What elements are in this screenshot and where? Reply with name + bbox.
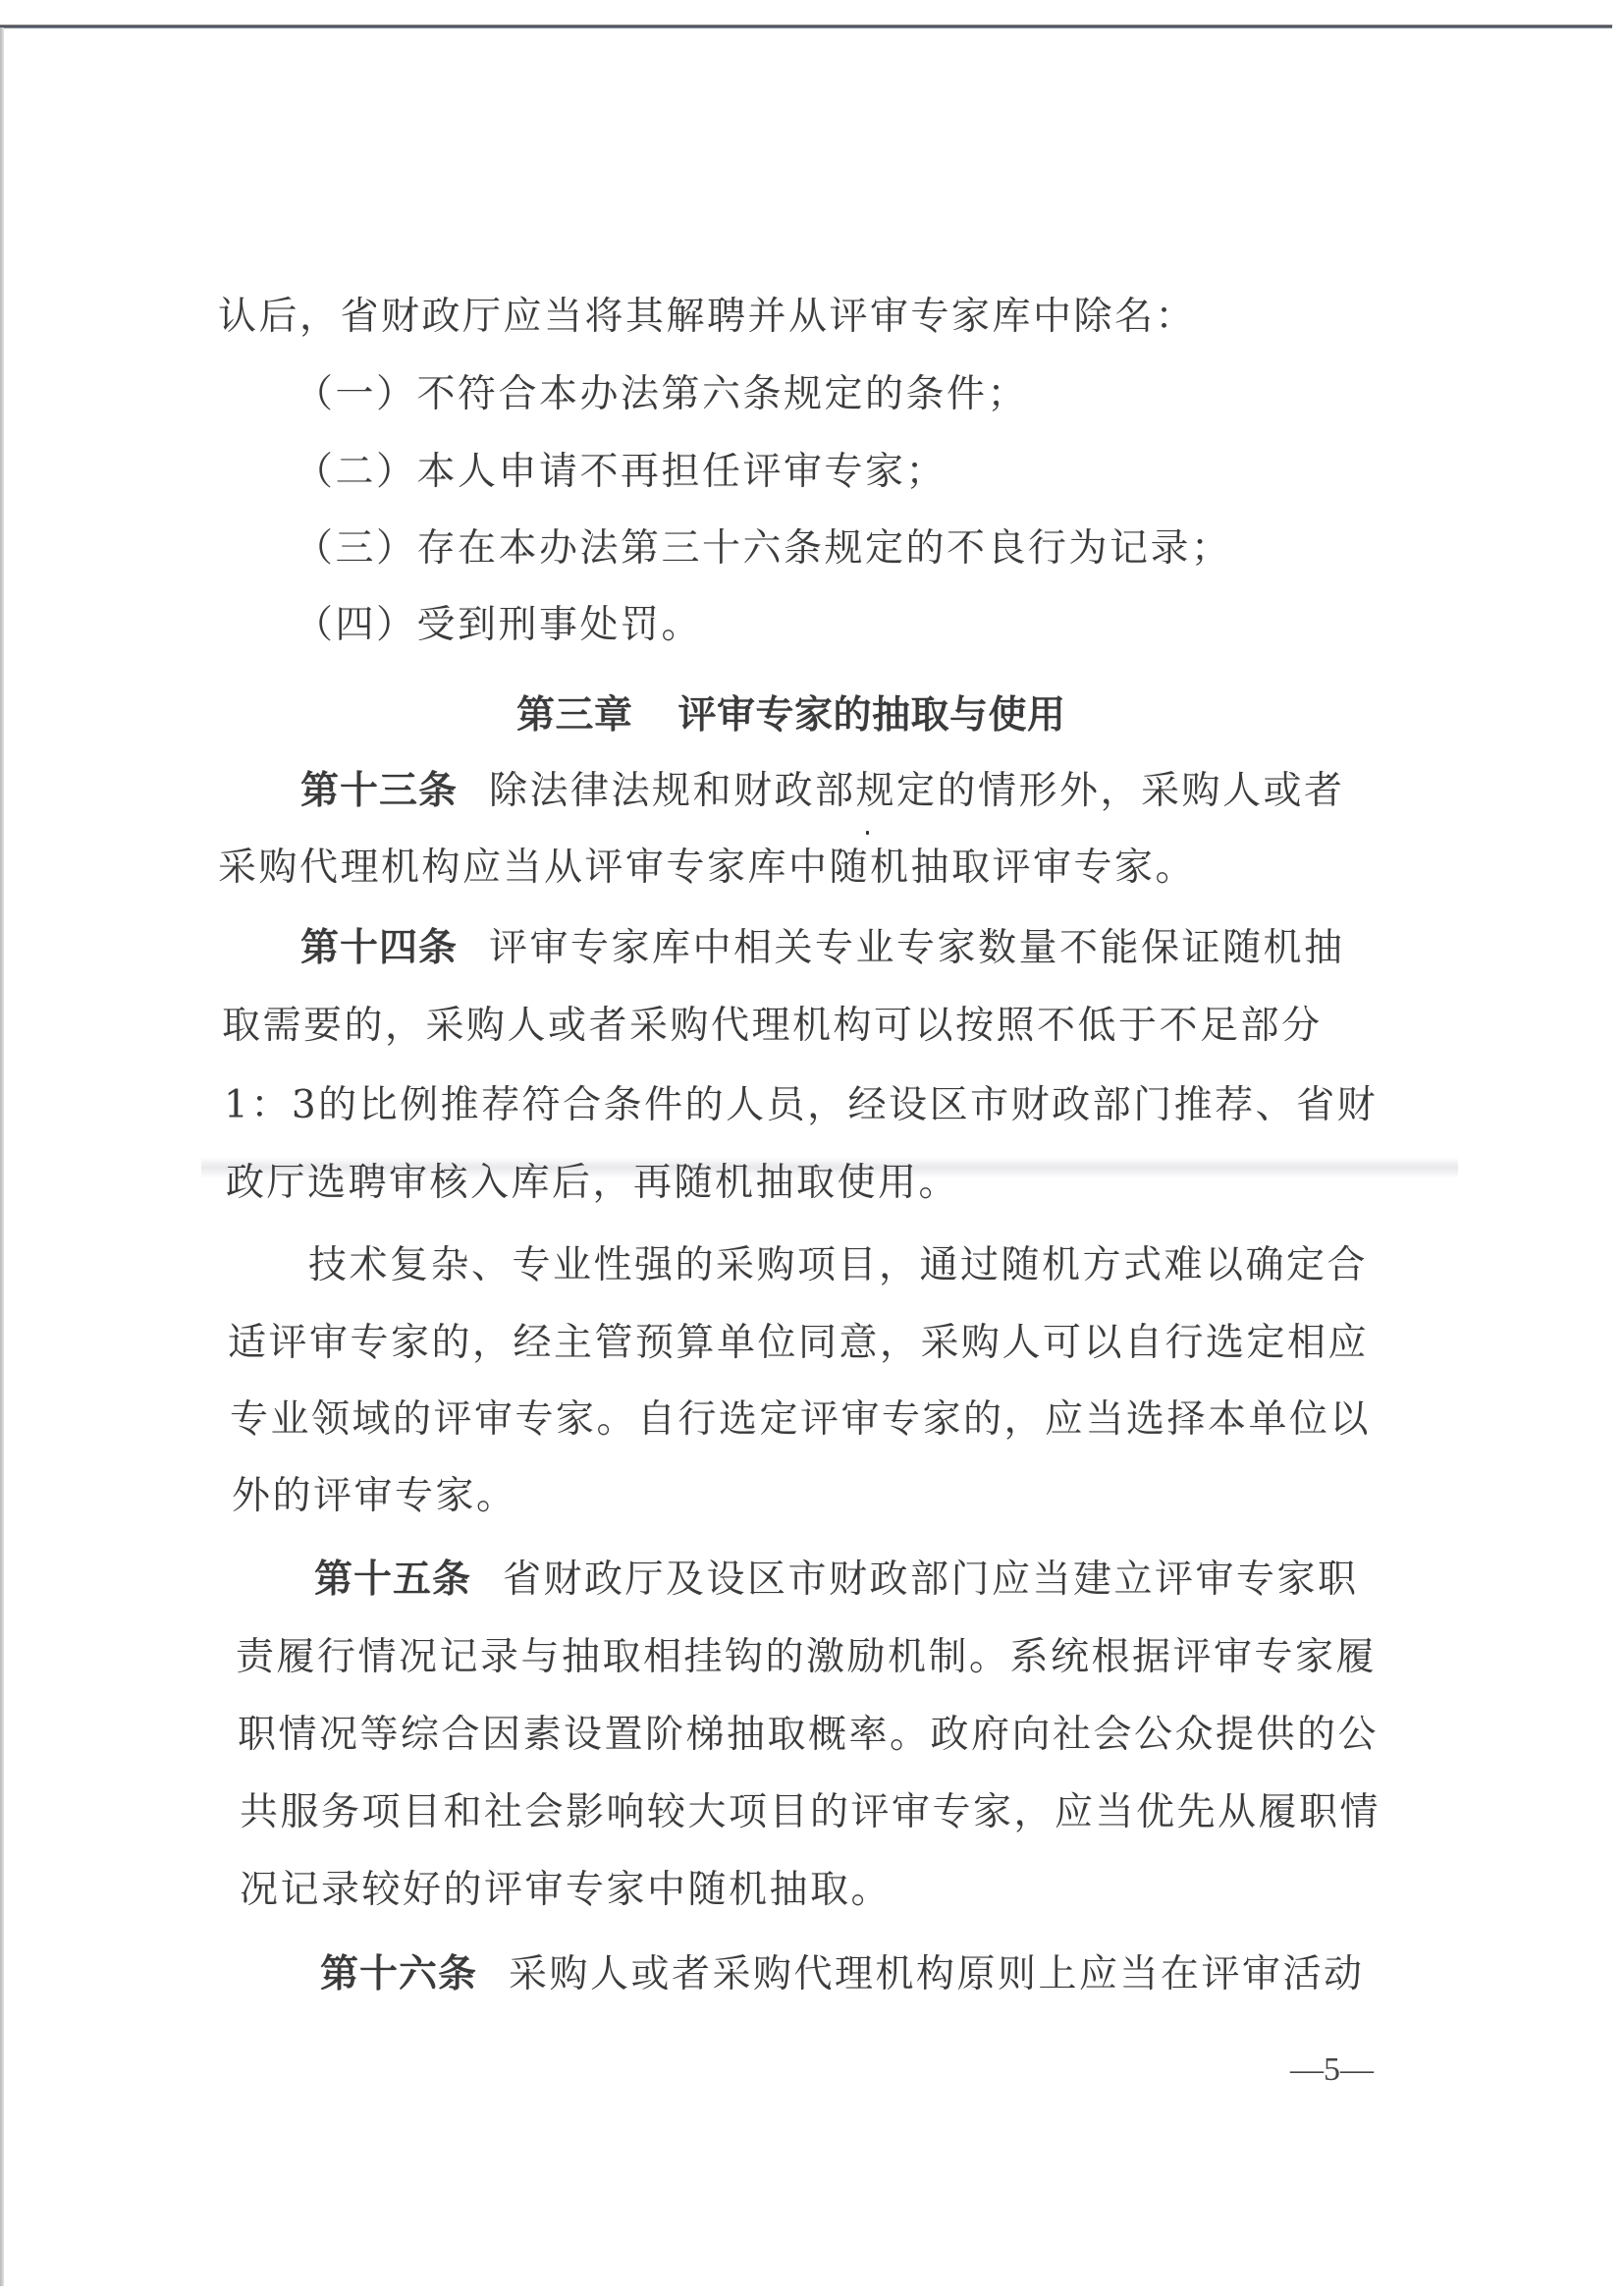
scan-artifact-top-line (0, 25, 1612, 28)
article-14-line-4: 政厅选聘审核入库后，再随机抽取使用。 (226, 1161, 959, 1206)
article-label: 第十四条 (300, 926, 458, 970)
scan-artifact-speck (866, 831, 869, 835)
article-15-line-3: 职情况等综合因素设置阶梯抽取概率。政府向社会公众提供的公 (238, 1713, 1379, 1758)
chapter-title: 评审专家的抽取与使用 (678, 693, 1066, 738)
paragraph-line: 外的评审专家。 (232, 1474, 517, 1519)
list-item: （三）存在本办法第三十六条规定的不良行为记录； (295, 526, 1232, 572)
list-item: （二）本人申请不再担任评审专家； (295, 450, 947, 495)
article-label: 第十六条 (320, 1952, 477, 1996)
article-13-line-1: 第十三条除法律法规和财政部规定的情形外，采购人或者 (300, 769, 1345, 814)
article-14-line-1: 第十四条评审专家库中相关专业专家数量不能保证随机抽 (300, 926, 1345, 971)
article-13-line-2: 采购代理机构应当从评审专家库中随机抽取评审专家。 (218, 846, 1196, 891)
list-item: （一）不符合本办法第六条规定的条件； (295, 372, 1028, 417)
scan-artifact-left-edge (0, 27, 4, 2286)
article-15-line-5: 况记录较好的评审专家中随机抽取。 (240, 1868, 892, 1913)
article-15-line-1: 第十五条省财政厅及设区市财政部门应当建立评审专家职 (314, 1558, 1359, 1603)
continuation-line: 认后，省财政厅应当将其解聘并从评审专家库中除名： (218, 295, 1196, 340)
chapter-number: 第三章 (516, 693, 633, 738)
article-14-line-2: 取需要的，采购人或者采购代理机构可以按照不低于不足部分 (222, 1004, 1323, 1049)
paragraph-line: 适评审专家的，经主管预算单位同意，采购人可以自行选定相应 (228, 1321, 1369, 1366)
article-label: 第十三条 (300, 769, 458, 813)
paragraph-line: 技术复杂、专业性强的采购项目，通过随机方式难以确定合 (308, 1243, 1368, 1288)
article-15-line-2: 责履行情况记录与抽取相挂钩的激励机制。系统根据评审专家履 (236, 1635, 1377, 1680)
list-item: （四）受到刑事处罚。 (295, 603, 702, 648)
article-15-line-4: 共服务项目和社会影响较大项目的评审专家，应当优先从履职情 (240, 1790, 1380, 1835)
article-14-line-3: 1：3的比例推荐符合条件的人员，经设区市财政部门推荐、省财 (224, 1083, 1378, 1128)
article-16-line-1: 第十六条采购人或者采购代理机构原则上应当在评审活动 (320, 1952, 1365, 1997)
page-number: —5— (1290, 2050, 1374, 2090)
article-label: 第十五条 (314, 1558, 471, 1602)
chapter-heading: 第三章评审专家的抽取与使用 (516, 693, 1066, 738)
paragraph-line: 专业领域的评审专家。自行选定评审专家的，应当选择本单位以 (230, 1397, 1371, 1443)
